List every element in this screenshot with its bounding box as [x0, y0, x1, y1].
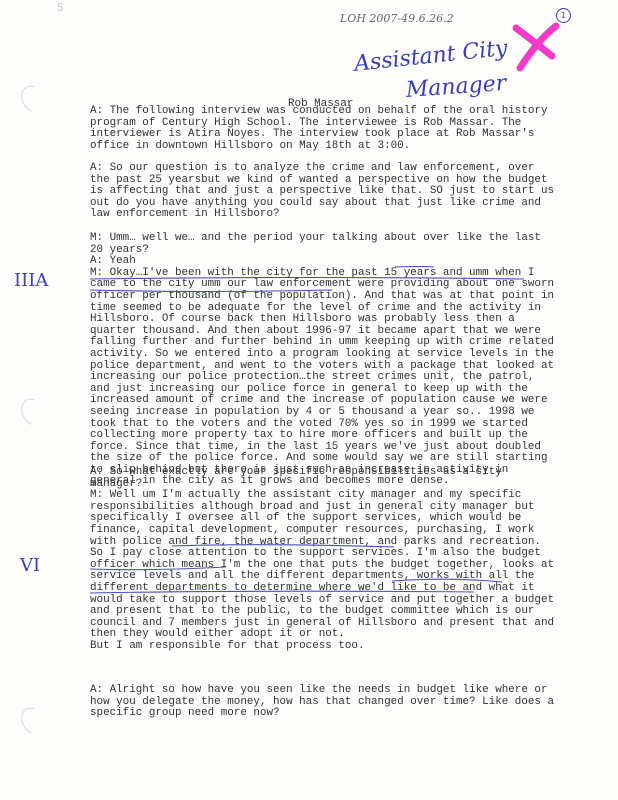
document-page: 5 LOH 2007-49.6.26.2 1 Assistant City Ma…: [0, 0, 618, 800]
underline-annotations: [0, 0, 618, 800]
